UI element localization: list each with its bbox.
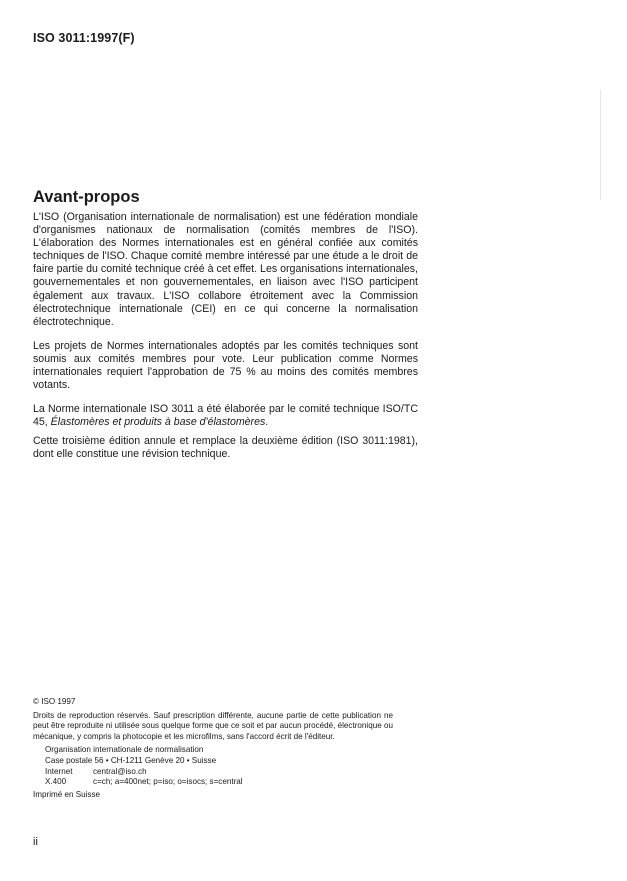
committee-title: Élastomères et produits à base d'élastom… — [51, 416, 266, 428]
publisher-address: Organisation internationale de normalisa… — [45, 745, 393, 787]
x400-row: X.400 c=ch; a=400net; p=iso; o=isocs; s=… — [45, 777, 393, 788]
scan-artifact — [600, 90, 601, 200]
section-title: Avant-propos — [33, 188, 140, 207]
postal-address: Case postale 56 • CH-1211 Genève 20 • Su… — [45, 756, 393, 767]
committee-text-end: . — [265, 416, 268, 428]
internet-value: central@iso.ch — [93, 767, 147, 778]
x400-label: X.400 — [45, 777, 93, 788]
paragraph-voting: Les projets de Normes internationales ad… — [33, 340, 418, 392]
copyright-block: © ISO 1997 Droits de reproduction réserv… — [33, 697, 393, 800]
rights-text: Droits de reproduction réservés. Sauf pr… — [33, 711, 393, 743]
paragraph-iso-description: L'ISO (Organisation internationale de no… — [33, 211, 418, 329]
copyright-notice: © ISO 1997 — [33, 697, 393, 708]
printed-in: Imprimé en Suisse — [33, 790, 393, 801]
document-id-header: ISO 3011:1997(F) — [33, 31, 135, 45]
x400-value: c=ch; a=400net; p=iso; o=isocs; s=centra… — [93, 777, 243, 788]
internet-label: Internet — [45, 767, 93, 778]
organization-name: Organisation internationale de normalisa… — [45, 745, 393, 756]
paragraph-edition: Cette troisième édition annule et rempla… — [33, 435, 418, 461]
paragraph-committee: La Norme internationale ISO 3011 a été é… — [33, 403, 418, 429]
page-number: ii — [33, 836, 38, 848]
internet-row: Internet central@iso.ch — [45, 767, 393, 778]
